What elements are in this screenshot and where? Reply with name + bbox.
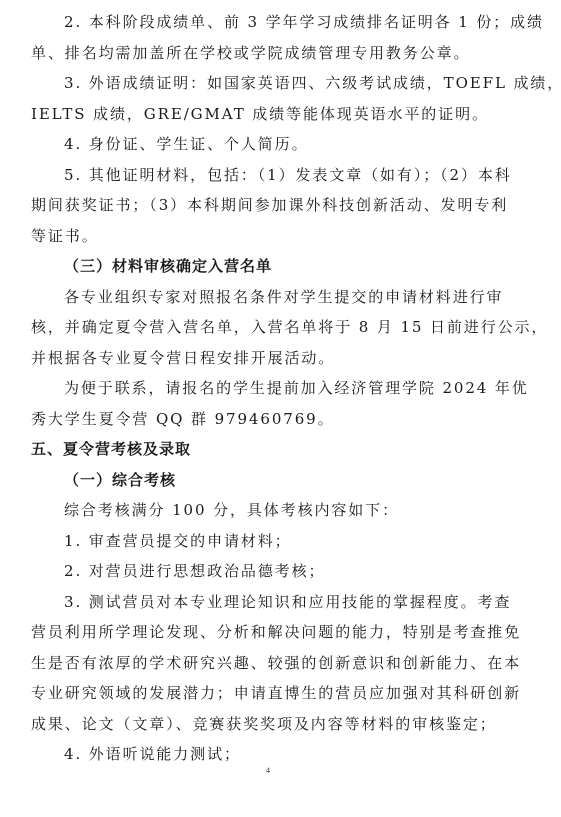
text-line: 各专业组织专家对照报名条件对学生提交的申请材料进行审 <box>31 282 503 313</box>
text-line: IELTS 成绩，GRE/GMAT 成绩等能体现英语水平的证明。 <box>31 99 503 130</box>
text-line: 5. 其他证明材料，包括：（1）发表文章（如有）；（2）本科 <box>31 160 503 191</box>
text-line: 核，并确定夏令营入营名单，入营名单将于 8 月 15 日前进行公示， <box>31 312 503 343</box>
text-line: 4. 身份证、学生证、个人简历。 <box>31 129 503 160</box>
text-line: 秀大学生夏令营 QQ 群 979460769。 <box>31 404 503 435</box>
document-body: 2. 本科阶段成绩单、前 3 学年学习成绩排名证明各 1 份；成绩 单、排名均需… <box>31 7 503 770</box>
text-line: 并根据各专业夏令营日程安排开展活动。 <box>31 343 503 374</box>
text-line: 成果、论文（文章）、竞赛获奖奖项及内容等材料的审核鉴定； <box>31 709 503 740</box>
text-line: 单、排名均需加盖所在学校或学院成绩管理专用教务公章。 <box>31 38 503 69</box>
chapter-heading: 五、夏令营考核及录取 <box>31 434 503 465</box>
text-line: 3. 外语成绩证明：如国家英语四、六级考试成绩，TOEFL 成绩， <box>31 68 503 99</box>
text-line: 专业研究领域的发展潜力；申请直博生的营员应加强对其科研创新 <box>31 678 503 709</box>
text-line: 综合考核满分 100 分，具体考核内容如下： <box>31 495 503 526</box>
list-item: 2. 对营员进行思想政治品德考核； <box>31 556 503 587</box>
text-line: 生是否有浓厚的学术研究兴趣、较强的创新意识和创新能力、在本 <box>31 648 503 679</box>
text-line: 营员利用所学理论发现、分析和解决问题的能力，特别是考查推免 <box>31 617 503 648</box>
text-line: 等证书。 <box>31 221 503 252</box>
list-item: 4. 外语听说能力测试； <box>31 739 503 770</box>
section-heading: （一）综合考核 <box>31 465 503 496</box>
text-line: 为便于联系，请报名的学生提前加入经济管理学院 2024 年优 <box>31 373 503 404</box>
list-item: 3. 测试营员对本专业理论知识和应用技能的掌握程度。考查 <box>31 587 503 618</box>
page-number: 4 <box>266 766 270 775</box>
list-item: 1. 审查营员提交的申请材料； <box>31 526 503 557</box>
text-line: 期间获奖证书；（3）本科期间参加课外科技创新活动、发明专利 <box>31 190 503 221</box>
text-line: 2. 本科阶段成绩单、前 3 学年学习成绩排名证明各 1 份；成绩 <box>31 7 503 38</box>
section-heading: （三）材料审核确定入营名单 <box>31 251 503 282</box>
